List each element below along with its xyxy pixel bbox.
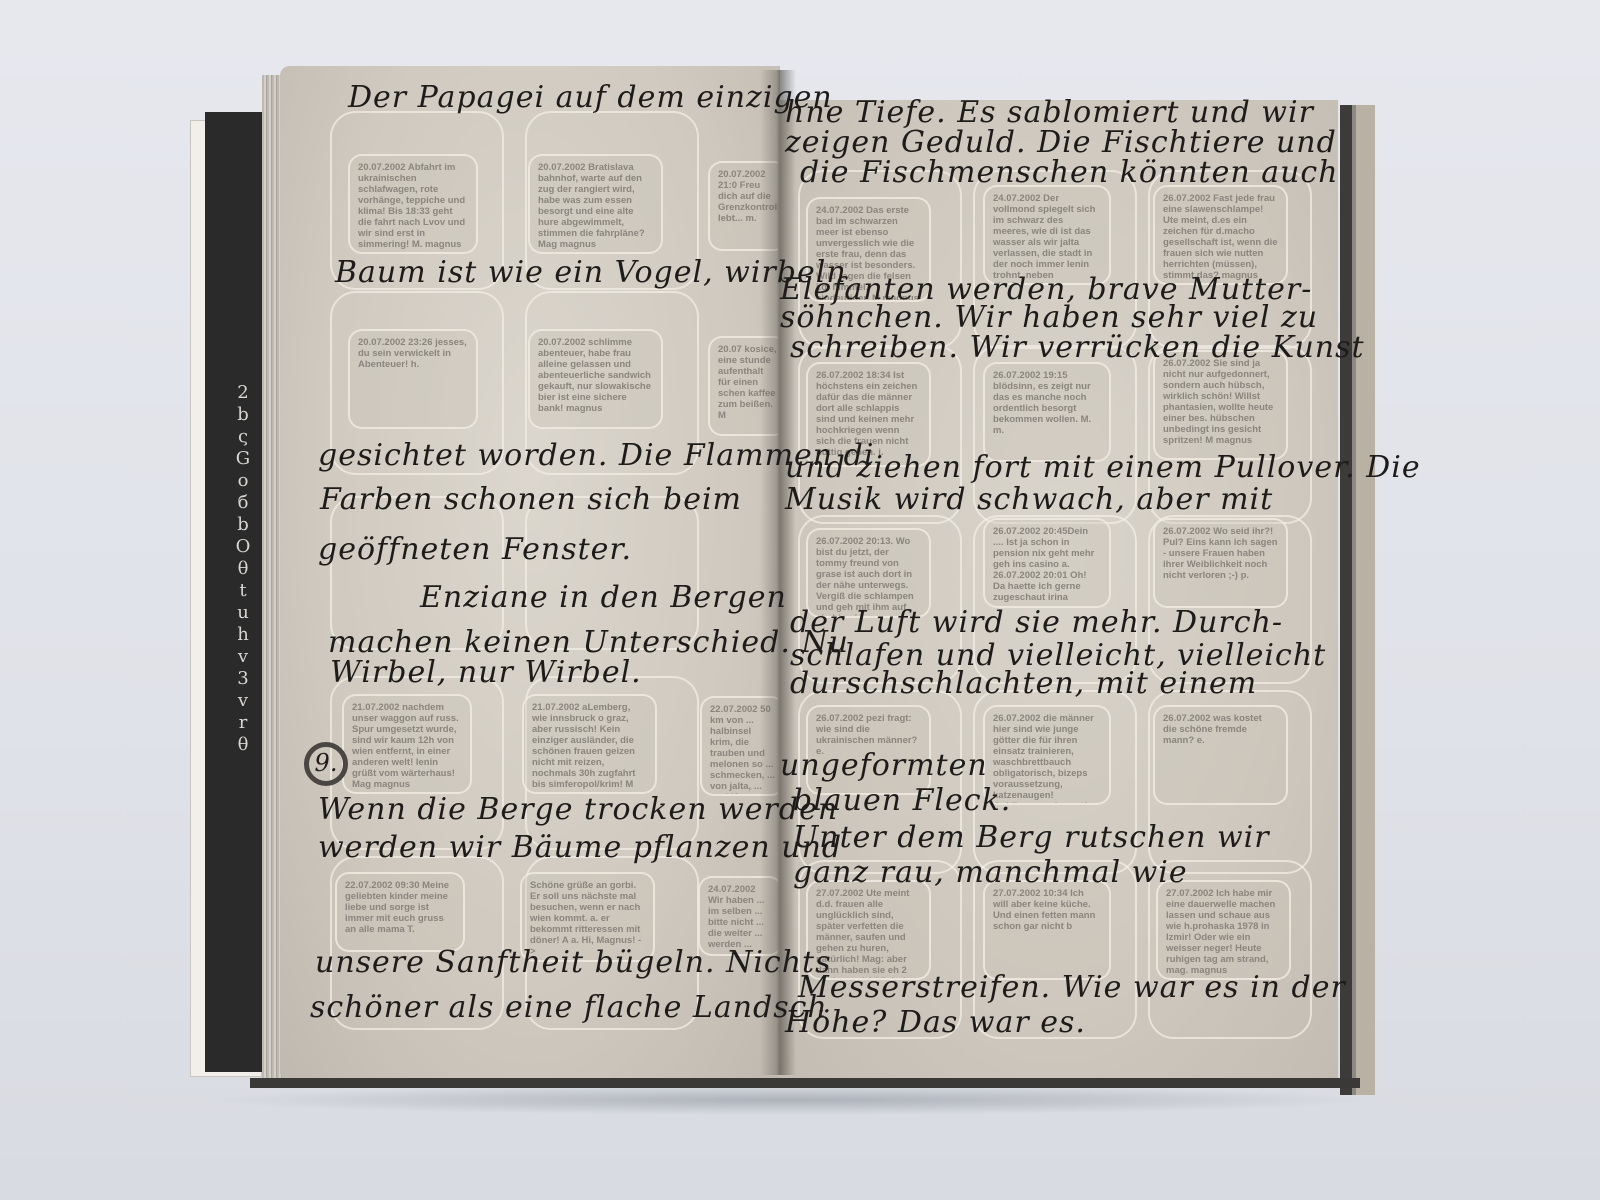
message-card: 21.07.2002 aLemberg, wie innsbruck o gra… <box>522 694 657 794</box>
handwritten-line: Wirbel, nur Wirbel. <box>330 655 642 690</box>
message-card: 22.07.2002 09:30 Meine geliebten kinder … <box>335 872 465 952</box>
handwritten-line: und ziehen fort mit einem Pullover. Die <box>785 450 1421 485</box>
handwritten-line: unsere Sanftheit bügeln. Nichts <box>315 945 832 980</box>
handwritten-line: schreiben. Wir verrücken die Kunst <box>790 330 1365 365</box>
message-card: 21.07.2002 nachdem unser waggon auf russ… <box>342 694 472 794</box>
message-card: 26.07.2002 20:45Dein .... Ist ja schon i… <box>983 518 1111 608</box>
spine-handwriting: 2 b ς G ο б b O θ t u h v 3 v r θ <box>233 382 253 756</box>
book-spine-strip: 2 b ς G ο б b O θ t u h v 3 v r θ <box>205 112 263 1072</box>
right-page: 24.07.2002 Das erste bad im schwarzen me… <box>778 100 1338 1078</box>
handwritten-line: ganz rau, manchmal wie <box>793 855 1188 890</box>
handwritten-line: werden wir Bäume pflanzen und <box>318 830 842 865</box>
handwritten-line: Farben schonen sich beim <box>320 482 742 517</box>
handwritten-line: durschschlachten, mit einem <box>790 666 1257 701</box>
handwritten-line: ungeformten <box>780 748 988 783</box>
message-card: 27.07.2002 10:34 Ich will aber keine küc… <box>983 880 1111 980</box>
book-shadow <box>200 1085 1380 1115</box>
message-card: 27.07.2002 Ich habe mir eine dauerwelle … <box>1156 880 1291 980</box>
message-card: 26.07.2002 Fast jede frau eine slawensch… <box>1153 185 1288 285</box>
right-page-edges <box>1340 105 1375 1095</box>
handwritten-line: Musik wird schwach, aber mit <box>785 482 1273 517</box>
handwritten-line: Unter dem Berg rutschen wir <box>793 820 1270 855</box>
handwritten-line: Wenn die Berge trocken werden <box>318 792 838 827</box>
book-gutter <box>760 70 796 1075</box>
handwritten-line: Baum ist wie ein Vogel, wirbeln <box>335 255 847 290</box>
message-card: 26.07.2002 was kostet die schöne fremde … <box>1153 705 1288 805</box>
message-card: 20.07.2002 23:26 jesses, du sein verwick… <box>348 329 478 429</box>
book-bottom-edge <box>250 1078 1360 1088</box>
handwritten-line: geöffneten Fenster. <box>318 532 632 567</box>
left-page: 20.07.2002 Abfahrt im ukrainischen schla… <box>280 66 780 1078</box>
handwritten-line: die Fischmenschen könnten auch <box>800 155 1339 190</box>
message-card: 20.07.2002 schlimme abenteuer, habe frau… <box>528 329 663 429</box>
handwritten-line: blauen Fleck. <box>793 783 1011 818</box>
photo-scene: 2 b ς G ο б b O θ t u h v 3 v r θ 20.07.… <box>0 0 1600 1200</box>
message-card: 20.07.2002 Bratislava bahnhof, warte auf… <box>528 154 663 254</box>
message-card: 24.07.2002 Der vollmond spiegelt sich im… <box>983 185 1111 285</box>
handwritten-line: Messerstreifen. Wie war es in der <box>798 970 1346 1005</box>
message-card: 20.07.2002 Abfahrt im ukrainischen schla… <box>348 154 478 254</box>
handwritten-line: Der Papagei auf dem einzigen <box>348 80 833 115</box>
chapter-number-badge: 9. <box>304 742 348 786</box>
message-card: 26.07.2002 Sie sind ja nicht nur aufgedo… <box>1153 350 1288 460</box>
handwritten-line: Enziane in den Bergen <box>420 580 787 615</box>
handwritten-line: Höhe? Das war es. <box>785 1005 1086 1040</box>
handwritten-line: der Luft wird sie mehr. Durch- <box>790 605 1283 640</box>
message-card: 26.07.2002 Wo seid ihr?! Pul? Eins kann … <box>1153 518 1288 608</box>
handwritten-line: schöner als eine flache Landsch <box>310 990 828 1025</box>
message-card: 26.07.2002 19:15 blödsinn, es zeigt nur … <box>983 362 1111 462</box>
